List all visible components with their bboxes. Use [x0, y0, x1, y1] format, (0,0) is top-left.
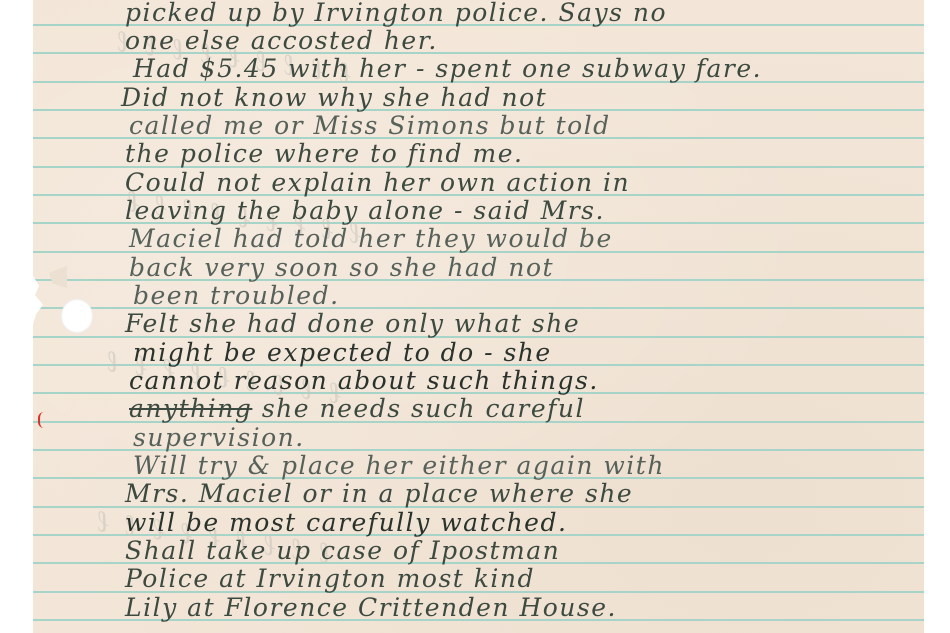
handwritten-line: anything she needs such careful: [129, 395, 585, 423]
handwritten-line: Had $5.45 with her - spent one subway fa…: [133, 55, 762, 83]
torn-paper-flap: [49, 266, 67, 288]
punch-hole: [61, 299, 93, 333]
handwritten-line: Could not explain her own action in: [125, 169, 630, 197]
ruled-paper-sheet: ℓ ℓ ℓ ℓ ℓ ℓ ℓ ℓ ℓ ℓ ℓ ℓ ℓ ℓ ℓ ℓ ℓ ℓ ℓ ℓ …: [33, 0, 924, 633]
handwritten-line: Lily at Florence Crittenden House.: [125, 594, 617, 622]
handwritten-line: the police where to find me.: [125, 140, 523, 168]
red-margin-mark: [38, 412, 44, 428]
handwritten-line: been troubled.: [133, 282, 340, 310]
handwritten-line: Mrs. Maciel or in a place where she: [125, 480, 633, 508]
handwritten-line: Did not know why she had not: [121, 84, 547, 112]
struck-out-word: anything: [129, 394, 252, 423]
torn-edge: [33, 276, 43, 324]
handwritten-line: might be expected to do - she: [133, 339, 552, 367]
handwritten-line: Police at Irvington most kind: [125, 565, 535, 593]
handwritten-line: one else accosted her.: [125, 27, 438, 55]
handwritten-line: Felt she had done only what she: [125, 310, 580, 338]
handwritten-line: picked up by Irvington police. Says no: [125, 0, 667, 27]
handwritten-line: back very soon so she had not: [129, 254, 554, 282]
handwritten-line: Shall take up case of Ipostman: [125, 537, 560, 565]
handwritten-line: Maciel had told her they would be: [129, 225, 613, 253]
handwritten-line: called me or Miss Simons but told: [129, 112, 611, 140]
handwritten-text: she needs such careful: [252, 394, 585, 423]
handwritten-line: Will try & place her either again with: [133, 452, 665, 480]
handwritten-line: leaving the baby alone - said Mrs.: [125, 197, 605, 225]
handwritten-line: cannot reason about such things.: [129, 367, 599, 395]
handwritten-line: will be most carefully watched.: [125, 509, 567, 537]
handwritten-line: supervision.: [133, 424, 305, 452]
